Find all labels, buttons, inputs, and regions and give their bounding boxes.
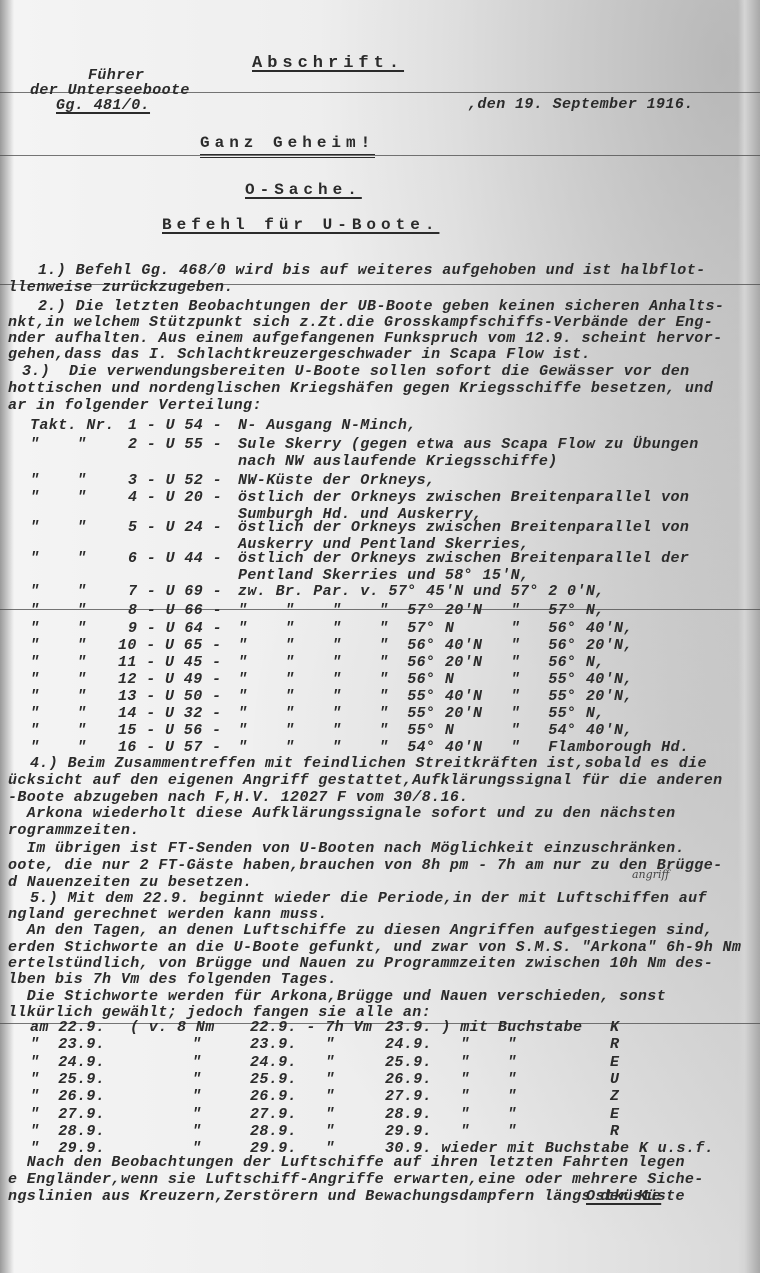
p3-line: hottischen und nordenglischen Kriegshäfe… — [8, 380, 713, 397]
distribution-position: " " " " 56° 40'N " 56° 20'N, — [238, 637, 633, 654]
distribution-boat: 15 - U 56 - — [118, 722, 221, 739]
schedule-from: ( v. 8 Nm — [130, 1019, 215, 1036]
schedule-to-date: 29.9. " " — [385, 1123, 517, 1140]
p5-line: 5.) Mit dem 22.9. beginnt wieder die Per… — [30, 890, 707, 907]
closing-line: e Engländer,wenn sie Luftschiff-Angriffe… — [8, 1171, 704, 1188]
distribution-boat: 8 - U 66 - — [128, 602, 222, 619]
distribution-prefix: Takt. Nr. — [30, 417, 115, 434]
schedule-from: " — [192, 1054, 201, 1071]
distribution-prefix: " " — [30, 583, 86, 600]
distribution-position: " " " " 55° 20'N " 55° N, — [238, 705, 605, 722]
schedule-from-date: 22.9. - 7h Vm — [250, 1019, 372, 1036]
schedule-date: " 27.9. — [30, 1106, 105, 1123]
distribution-boat: 7 - U 69 - — [128, 583, 222, 600]
schedule-date: " 23.9. — [30, 1036, 105, 1053]
distribution-prefix: " " — [30, 620, 86, 637]
schedule-from-date: 24.9. " — [250, 1054, 335, 1071]
schedule-letter: Z — [610, 1088, 619, 1105]
distribution-position: " " " " 55° 40'N " 55° 20'N, — [238, 688, 633, 705]
schedule-date: " 28.9. — [30, 1123, 105, 1140]
schedule-date: am 22.9. — [30, 1019, 105, 1036]
classification: Ganz Geheim! — [200, 135, 375, 158]
p5-line: lben bis 7h Vm des folgenden Tages. — [8, 971, 337, 988]
schedule-to-date: 25.9. " " — [385, 1054, 517, 1071]
closing-line: ngslinien aus Kreuzern,Zerstörern und Be… — [8, 1188, 685, 1205]
category: O-Sache. — [245, 182, 362, 199]
distribution-position: " " " " 57° N " 56° 40'N, — [238, 620, 633, 637]
scan-line — [0, 1023, 760, 1024]
p1-line: llenweise zurückzugeben. — [8, 279, 234, 296]
schedule-date: " 24.9. — [30, 1054, 105, 1071]
p5-line: ertelstündlich, von Brügge und Nauen zu … — [8, 955, 713, 972]
p2-line: nder aufhalten. Aus einem aufgefangenen … — [8, 330, 723, 347]
distribution-position: Sule Skerry (gegen etwa aus Scapa Flow z… — [238, 436, 699, 453]
p4-line: 4.) Beim Zusammentreffen mit feindlichen… — [30, 755, 707, 772]
schedule-from-date: 28.9. " — [250, 1123, 335, 1140]
distribution-boat: 6 - U 44 - — [128, 550, 222, 567]
closing-line: Nach den Beobachtungen der Luftschiffe a… — [8, 1154, 685, 1171]
scan-line — [0, 155, 760, 156]
distribution-prefix: " " — [30, 637, 86, 654]
closing-end-word: Ostküste — [586, 1188, 661, 1205]
distribution-prefix: " " — [30, 671, 86, 688]
schedule-to-date: 27.9. " " — [385, 1088, 517, 1105]
schedule-letter: U — [610, 1071, 619, 1088]
distribution-prefix: " " — [30, 688, 86, 705]
p4-line: Arkona wiederholt diese Aufklärungssigna… — [8, 805, 676, 822]
schedule-letter: R — [610, 1123, 619, 1140]
schedule-to-date: 26.9. " " — [385, 1071, 517, 1088]
schedule-from-date: 27.9. " — [250, 1106, 335, 1123]
p4-line: -Boote abzugeben nach F,H.V. 12027 F vom… — [8, 789, 469, 806]
schedule-letter: R — [610, 1036, 619, 1053]
distribution-boat: 14 - U 32 - — [118, 705, 221, 722]
subject: Befehl für U-Boote. — [162, 217, 439, 234]
p2-line: nkt,in welchem Stützpunkt sich z.Zt.die … — [8, 314, 713, 331]
distribution-position: östlich der Orkneys zwischen Breitenpara… — [238, 550, 689, 567]
distribution-boat: 13 - U 50 - — [118, 688, 221, 705]
distribution-prefix: " " — [30, 654, 86, 671]
p5-line: Die Stichworte werden für Arkona,Brügge … — [8, 988, 666, 1005]
distribution-position: N- Ausgang N-Minch, — [238, 417, 417, 434]
distribution-position: " " " " 56° 20'N " 56° N, — [238, 654, 605, 671]
distribution-boat: 3 - U 52 - — [128, 472, 222, 489]
scan-left-edge — [0, 0, 14, 1273]
p5-line: An den Tagen, an denen Luftschiffe zu di… — [8, 922, 713, 939]
handwritten-note: angriff — [632, 868, 669, 881]
distribution-position: " " " " 56° N " 55° 40'N, — [238, 671, 633, 688]
schedule-from-date: 26.9. " — [250, 1088, 335, 1105]
distribution-position: " " " " 54° 40'N " Flamborough Hd. — [238, 739, 689, 756]
distribution-boat: 5 - U 24 - — [128, 519, 222, 536]
schedule-from: " — [192, 1036, 201, 1053]
schedule-to-date: 23.9. ) mit Buchstabe — [385, 1019, 582, 1036]
schedule-from: " — [192, 1071, 201, 1088]
schedule-letter: E — [610, 1054, 619, 1071]
reference-number: Gg. 481/0. — [56, 97, 150, 114]
document-title: Abschrift. — [252, 55, 404, 72]
p3-line: ar in folgender Verteilung: — [8, 397, 262, 414]
scan-right-edge — [738, 0, 760, 1273]
schedule-from: " — [192, 1106, 201, 1123]
p1-line: 1.) Befehl Gg. 468/0 wird bis auf weiter… — [38, 262, 706, 279]
p5-line: ngland gerechnet werden kann muss. — [8, 906, 328, 923]
document-page: Abschrift. Führer der Unterseeboote Gg. … — [0, 0, 760, 1273]
p3-line: 3.) Die verwendungsbereiten U-Boote soll… — [22, 363, 690, 380]
distribution-boat: 1 - U 54 - — [128, 417, 222, 434]
distribution-prefix: " " — [30, 550, 86, 567]
schedule-from: " — [192, 1088, 201, 1105]
p4-line: rogrammzeiten. — [8, 822, 140, 839]
schedule-from-date: 23.9. " — [250, 1036, 335, 1053]
distribution-prefix: " " — [30, 472, 86, 489]
distribution-boat: 2 - U 55 - — [128, 436, 222, 453]
schedule-to-date: 28.9. " " — [385, 1106, 517, 1123]
distribution-boat: 9 - U 64 - — [128, 620, 222, 637]
distribution-position: " " " " 57° 20'N " 57° N, — [238, 602, 605, 619]
p4-line: d Nauenzeiten zu besetzen. — [8, 874, 252, 891]
p4-line: oote, die nur 2 FT-Gäste haben,brauchen … — [8, 857, 723, 874]
distribution-prefix: " " — [30, 602, 86, 619]
distribution-position: nach NW auslaufende Kriegsschiffe) — [238, 453, 558, 470]
p2-line: 2.) Die letzten Beobachtungen der UB-Boo… — [38, 298, 724, 315]
schedule-from-date: 25.9. " — [250, 1071, 335, 1088]
distribution-position: " " " " 55° N " 54° 40'N, — [238, 722, 633, 739]
document-date: ,den 19. September 1916. — [468, 96, 694, 113]
distribution-prefix: " " — [30, 436, 86, 453]
distribution-prefix: " " — [30, 489, 86, 506]
distribution-prefix: " " — [30, 519, 86, 536]
schedule-date: " 26.9. — [30, 1088, 105, 1105]
distribution-position: zw. Br. Par. v. 57° 45'N und 57° 2 0'N, — [238, 583, 605, 600]
schedule-from: " — [192, 1123, 201, 1140]
schedule-letter: K — [610, 1019, 619, 1036]
distribution-prefix: " " — [30, 705, 86, 722]
p5-line: erden Stichworte an die U-Boote gefunkt,… — [8, 939, 741, 956]
distribution-position: östlich der Orkneys zwischen Breitenpara… — [238, 489, 689, 506]
p4-line: ücksicht auf den eigenen Angriff gestatt… — [8, 772, 723, 789]
schedule-to-date: 24.9. " " — [385, 1036, 517, 1053]
p2-line: gehen,dass das I. Schlachtkreuzergeschwa… — [8, 346, 591, 363]
distribution-boat: 10 - U 65 - — [118, 637, 221, 654]
p4-line: Im übrigen ist FT-Senden von U-Booten na… — [8, 840, 685, 857]
distribution-boat: 12 - U 49 - — [118, 671, 221, 688]
distribution-position: östlich der Orkneys zwischen Breitenpara… — [238, 519, 689, 536]
distribution-boat: 4 - U 20 - — [128, 489, 222, 506]
distribution-prefix: " " — [30, 722, 86, 739]
distribution-position: Pentland Skerries und 58° 15'N, — [238, 567, 529, 584]
distribution-position: NW-Küste der Orkneys, — [238, 472, 435, 489]
schedule-date: " 25.9. — [30, 1071, 105, 1088]
distribution-boat: 11 - U 45 - — [118, 654, 221, 671]
schedule-letter: E — [610, 1106, 619, 1123]
distribution-boat: 16 - U 57 - — [118, 739, 221, 756]
distribution-prefix: " " — [30, 739, 86, 756]
